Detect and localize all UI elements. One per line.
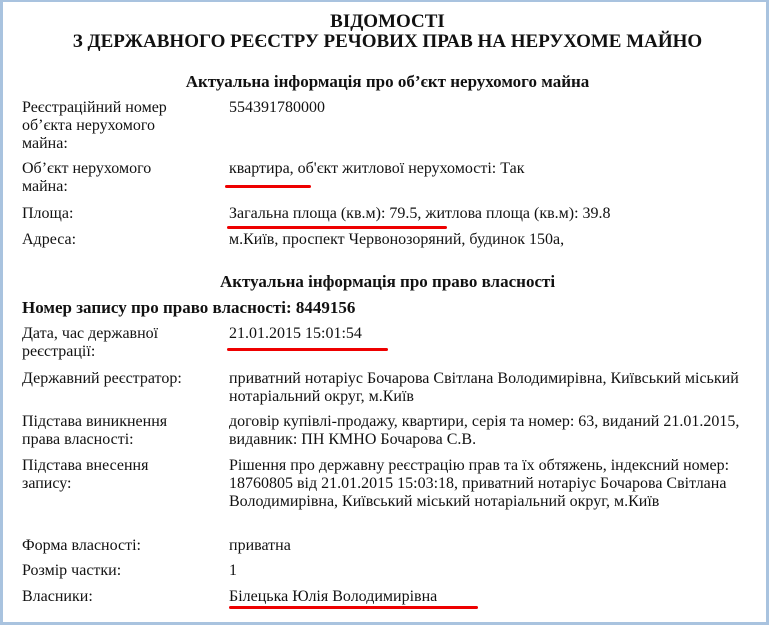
field-label-property-object: Об’єкт нерухомого майна: xyxy=(22,160,197,196)
field-value-ownership-basis: договір купівлі-продажу, квартири, серія… xyxy=(229,413,744,449)
field-label-state-registrar: Державний реєстратор: xyxy=(22,370,202,388)
field-label-entry-basis: Підстава внесення запису: xyxy=(22,457,197,493)
document-title-line2: З ДЕРЖАВНОГО РЕЄСТРУ РЕЧОВИХ ПРАВ НА НЕР… xyxy=(3,32,769,52)
field-value-registration-number: 554391780000 xyxy=(229,99,749,117)
field-label-registration-date: Дата, час державної реєстрації: xyxy=(22,325,197,361)
field-value-area: Загальна площа (кв.м): 79.5, житлова пло… xyxy=(229,205,749,223)
highlight-underline-property-type xyxy=(225,185,311,188)
ownership-record-number: Номер запису про право власності: 844915… xyxy=(22,298,355,318)
field-label-ownership-form: Форма власності: xyxy=(22,537,202,555)
document-title-line1: ВІДОМОСТІ xyxy=(3,12,769,32)
highlight-underline-total-area xyxy=(227,226,447,229)
field-label-ownership-basis: Підстава виникнення права власності: xyxy=(22,413,197,449)
field-label-registration-number: Реєстраційний номер об’єкта нерухомого м… xyxy=(22,99,197,153)
field-value-ownership-form: приватна xyxy=(229,537,749,555)
field-label-address: Адреса: xyxy=(22,231,202,249)
object-section-heading: Актуальна інформація про об’єкт нерухомо… xyxy=(3,72,769,92)
field-value-share-size: 1 xyxy=(229,562,749,580)
registry-extract-document: ВІДОМОСТІ З ДЕРЖАВНОГО РЕЄСТРУ РЕЧОВИХ П… xyxy=(0,0,769,625)
ownership-section-heading: Актуальна інформація про право власності xyxy=(3,272,769,292)
field-value-registration-date: 21.01.2015 15:01:54 xyxy=(229,325,749,343)
field-label-area: Площа: xyxy=(22,205,202,223)
field-value-property-object: квартира, об'єкт житлової нерухомості: Т… xyxy=(229,160,749,178)
field-label-share-size: Розмір частки: xyxy=(22,562,202,580)
highlight-underline-owner xyxy=(229,606,478,609)
field-value-state-registrar: приватний нотаріус Бочарова Світлана Вол… xyxy=(229,370,744,406)
field-value-owners: Білецька Юлія Володимирівна xyxy=(229,588,749,606)
field-value-entry-basis: Рішення про державну реєстрацію прав та … xyxy=(229,457,749,511)
field-label-owners: Власники: xyxy=(22,588,202,606)
field-value-address: м.Київ, проспект Червонозоряний, будинок… xyxy=(229,231,749,249)
highlight-underline-registration-date xyxy=(227,348,388,351)
